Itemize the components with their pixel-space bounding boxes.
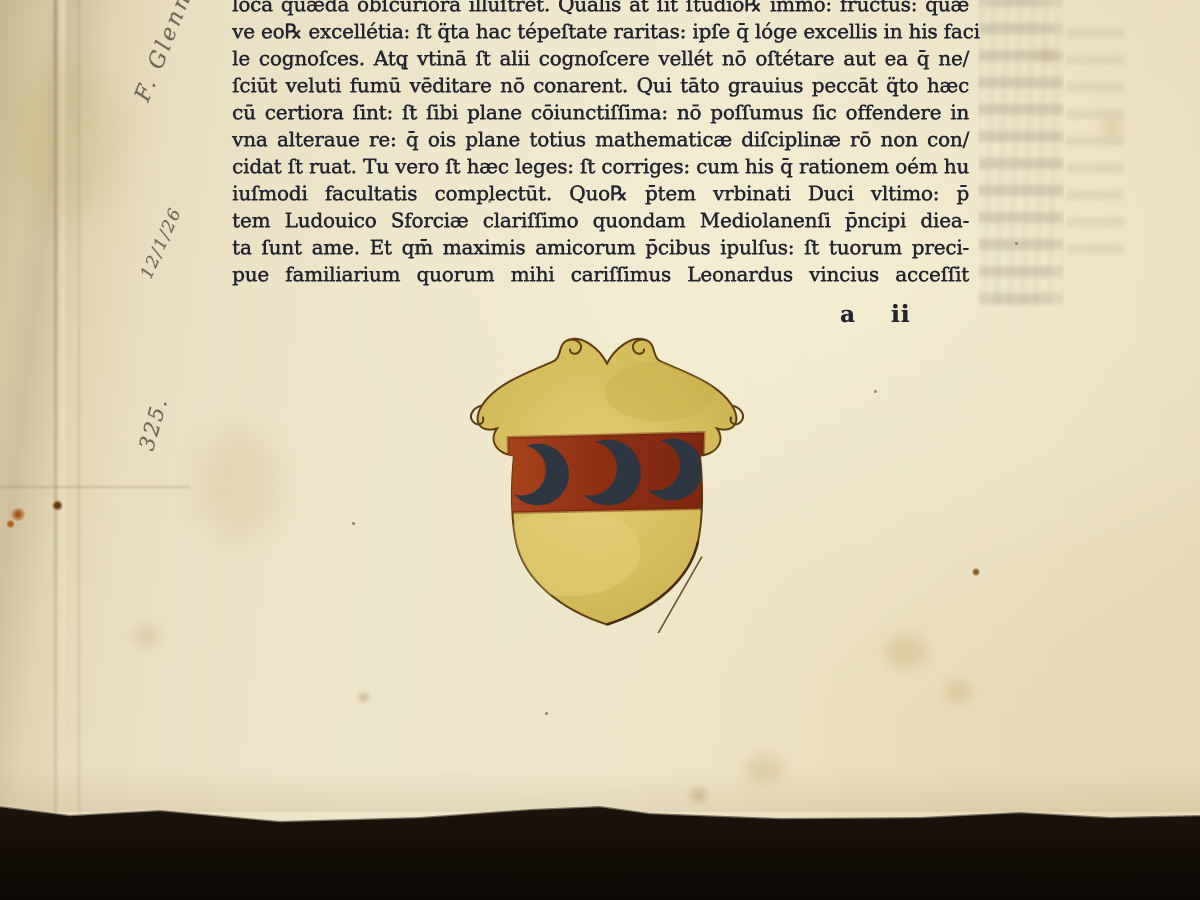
text-line: ta ſunt ame. Et qm̄ maximis amicorum p̄c… [232,234,969,261]
marginalia-number: 325. [134,394,172,453]
text-line: cidat ſt ruat. Tu vero ſt hæc leges: ſt … [232,153,969,180]
dust-speck [1015,242,1018,245]
printed-text-block: loca quæda obſcuriora illuſtret. Qualis … [232,0,969,288]
page-edge-shading [0,768,1200,812]
crescent-1 [507,444,569,506]
signature-mark: a ii [840,301,910,328]
rust-spot [6,520,15,528]
text-line: cū certiora ſint: ſt ſibi plane cōiuncti… [232,99,969,126]
text-line: pue familiarium quorum mihi cariſſimus L… [232,261,969,288]
marginalia-owner-inscription: F. Glenn [130,0,197,105]
gutter-crease-2 [78,0,80,815]
crescent-2 [575,440,641,506]
foxing-stain [885,635,927,669]
foxing-stain [1100,118,1124,138]
book-photograph: loca quæda obſcuriora illuſtret. Qualis … [0,0,1200,900]
foxing-stain [133,626,159,646]
foxing-stain [200,430,280,540]
foxing-stain [1038,48,1055,62]
shield-highlight [500,507,640,597]
dust-speck [874,390,877,393]
parchment-page: loca quæda obſcuriora illuſtret. Qualis … [0,0,1200,900]
gutter-crease [54,0,57,828]
foxing-stain [358,693,369,702]
gutter-ridge [59,0,66,828]
text-line: tem Ludouico Sforciæ clariſſimo quondam … [232,207,969,234]
marginalia-date: 12/1/26 [137,204,186,282]
text-line: ſciūt veluti fumū vēditare nō conarent. … [232,72,969,99]
show-through-text [1066,28,1124,272]
text-line: iuſmodi facultatis complectūt. Quo℞ p̄te… [232,180,969,207]
horizontal-crease [0,486,190,488]
rust-spot [10,508,26,521]
text-line: loca quæda obſcuriora illuſtret. Qualis … [232,0,969,18]
text-line: ve eo℞ excellétia: ſt q̈ta hac tépeſtate… [232,18,969,45]
show-through-text [978,0,1064,308]
shield-shading [605,362,715,422]
text-line: vna alteraue re: q̄ ois plane totius mat… [232,126,969,153]
coat-of-arms [450,320,760,633]
foxing-stain [945,680,972,703]
dust-speck [545,712,548,715]
text-line: le cognoſces. Atq̨ vtinā ſt alii cognoſc… [232,45,969,72]
crescent-3 [641,439,703,501]
dust-speck [352,522,355,525]
ink-spot [972,568,980,576]
